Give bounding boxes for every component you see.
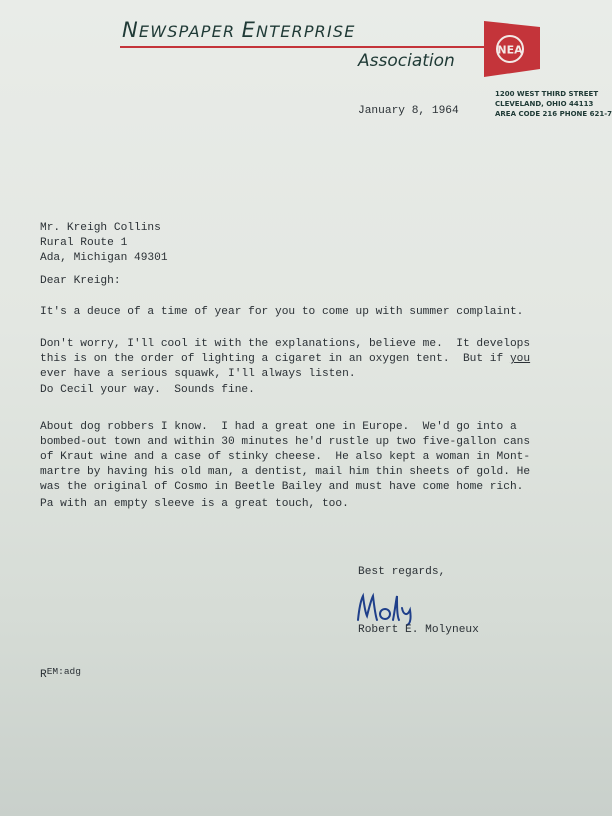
letterhead-red-rule xyxy=(120,46,484,48)
recipient-address: Mr. Kreigh CollinsRural Route 1Ada, Mich… xyxy=(40,221,168,266)
recipient-street: Rural Route 1 xyxy=(40,236,168,251)
signer-name: Robert E. Molyneux xyxy=(358,623,479,638)
paragraph-4-line: martre by having his old man, a dentist,… xyxy=(40,465,530,480)
paragraph-4: About dog robbers I know. I had a great … xyxy=(40,420,530,495)
address-street: 1200 WEST THIRD STREET xyxy=(495,89,612,99)
reference-initials-rest: EM:adg xyxy=(47,666,81,677)
paragraph-2: Don't worry, I'll cool it with the expla… xyxy=(40,337,530,382)
paragraph-2-line: this is on the order of lighting a cigar… xyxy=(40,353,510,365)
paragraph-4-line: bombed-out town and within 30 minutes he… xyxy=(40,435,530,450)
paragraph-2-line: Don't worry, I'll cool it with the expla… xyxy=(40,337,530,352)
letterhead-address: 1200 WEST THIRD STREET CLEVELAND, OHIO 4… xyxy=(495,89,612,119)
paragraph-4-line: About dog robbers I know. I had a great … xyxy=(40,420,530,435)
reference-initial-r: R xyxy=(40,669,47,681)
paragraph-4-line: was the original of Cosmo in Beetle Bail… xyxy=(40,480,530,495)
recipient-city: Ada, Michigan 49301 xyxy=(40,251,168,266)
nea-logo-text: NEA xyxy=(497,44,523,57)
address-phone: AREA CODE 216 PHONE 621-7 xyxy=(495,109,612,119)
paragraph-1: It's a deuce of a time of year for you t… xyxy=(40,305,523,320)
reference-initials: REM:adg xyxy=(40,664,81,680)
name-word-newspaper: EWSPAPER xyxy=(139,22,242,41)
name-initial-e: E xyxy=(242,18,256,42)
paragraph-4-line: of Kraut wine and a case of stinky chees… xyxy=(40,450,530,465)
underlined-word: you xyxy=(510,353,530,365)
handwritten-signature-icon xyxy=(355,590,425,626)
nea-logo-flag-icon: NEA xyxy=(482,19,542,79)
paragraph-3: Do Cecil your way. Sounds fine. xyxy=(40,383,255,398)
letter-date: January 8, 1964 xyxy=(358,104,459,119)
name-word-enterprise: NTERPRISE xyxy=(256,22,356,41)
name-initial-n: N xyxy=(122,18,139,42)
recipient-name: Mr. Kreigh Collins xyxy=(40,221,168,236)
letterhead-organization-name: NEWSPAPER ENTERPRISE xyxy=(122,18,356,42)
letterhead-association: Association xyxy=(358,51,455,71)
salutation: Dear Kreigh: xyxy=(40,274,121,289)
closing: Best regards, xyxy=(358,565,445,580)
paragraph-5: Pa with an empty sleeve is a great touch… xyxy=(40,497,349,512)
paragraph-2-line: ever have a serious squawk, I'll always … xyxy=(40,367,530,382)
address-city: CLEVELAND, OHIO 44113 xyxy=(495,99,612,109)
